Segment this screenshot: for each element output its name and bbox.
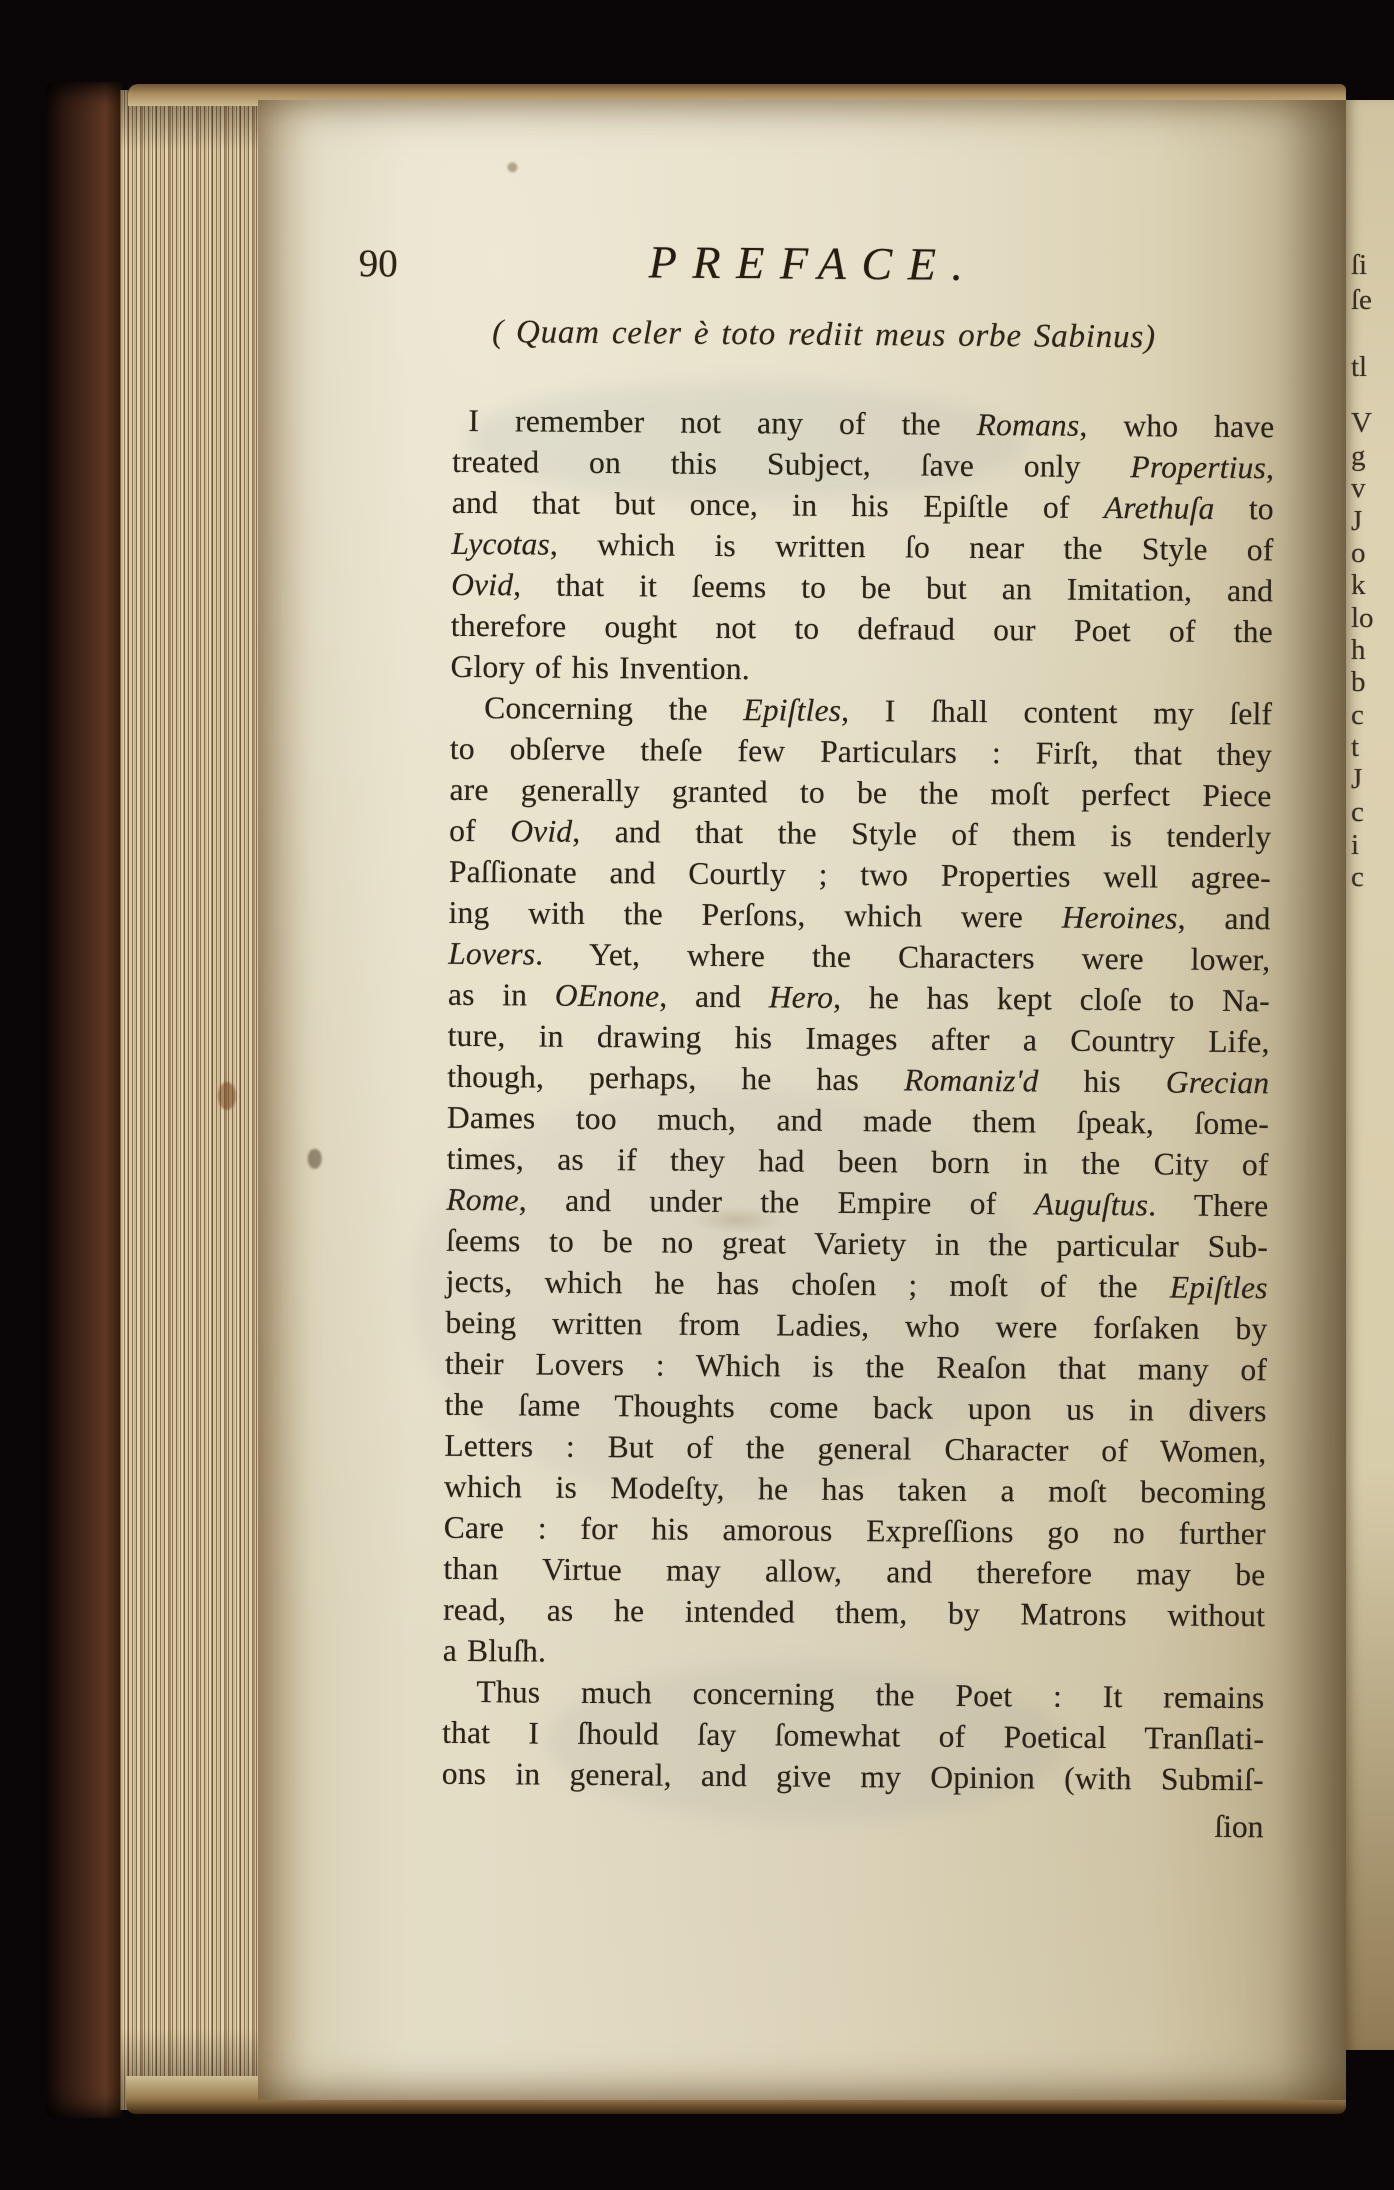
facing-page-text-fragment: ſe [1351, 285, 1372, 315]
book-page: 90 PREFACE. ( Quam celer è toto rediit m… [258, 100, 1346, 2100]
text-line: their Lovers : Which is the Reaſon that … [445, 1343, 1267, 1390]
stain [308, 1149, 322, 1169]
text-line: Lycotas, which is written ſo near the St… [451, 523, 1273, 570]
text-line: being written from Ladies, who were forſ… [445, 1302, 1267, 1349]
facing-page-text-fragment: t [1351, 732, 1359, 762]
facing-page-text-fragment: g [1351, 441, 1366, 471]
facing-page-text-fragment: J [1351, 764, 1362, 794]
facing-page-text-fragment: c [1351, 797, 1364, 827]
facing-page-text-fragment: c [1351, 862, 1364, 892]
text-line: times, as if they had been born in the C… [447, 1138, 1269, 1185]
text-line: Care : for his amorous Expreſſions go no… [444, 1507, 1266, 1554]
text-line: read, as he intended them, by Matrons wi… [443, 1589, 1265, 1636]
facing-page-text-fragment: tl [1351, 352, 1367, 382]
text-line: which is Modeſty, he has taken a moſt be… [444, 1466, 1266, 1513]
text-line: to obſerve theſe few Particulars : Firſt… [450, 728, 1272, 775]
facing-page-text-fragment: V [1351, 408, 1372, 438]
text-line: the ſame Thoughts come back upon us in d… [445, 1384, 1267, 1431]
page-number: 90 [359, 241, 398, 286]
text-line: jects, which he has choſen ; moſt of the… [446, 1261, 1268, 1308]
book-photo: 90 PREFACE. ( Quam celer è toto rediit m… [0, 0, 1394, 2190]
running-title: PREFACE. [649, 235, 979, 291]
text-line: as in OEnone, and Hero, he has kept cloſ… [448, 974, 1270, 1021]
text-line: Thus much concerning the Poet : It remai… [442, 1671, 1264, 1718]
text-line: are generally granted to be the moſt per… [449, 769, 1271, 816]
text-line: and that but once, in his Epiſtle of Are… [452, 482, 1274, 529]
facing-page-text-fragment: c [1351, 700, 1364, 730]
facing-page-text-fragment: o [1351, 538, 1366, 568]
facing-page-text-fragment: lo [1351, 603, 1374, 633]
text-line: that I ſhould ſay ſomewhat of Poetical T… [442, 1712, 1264, 1759]
text-line: of Ovid, and that the Style of them is t… [449, 810, 1271, 857]
facing-page-text-fragment: h [1351, 635, 1366, 665]
text-line: Paſſionate and Courtly ; two Properties … [449, 851, 1271, 898]
text-line: Lovers. Yet, where the Characters were l… [448, 933, 1270, 980]
text-line: Rome, and under the Empire of Auguſtus. … [446, 1179, 1268, 1226]
text-line: Letters : But of the general Character o… [444, 1425, 1266, 1472]
page-edges-fan [120, 90, 262, 2110]
epigraph: ( Quam celer è toto rediit meus orbe Sab… [492, 314, 1156, 356]
body-text: I remember not any of the Romans, who ha… [442, 400, 1275, 1800]
stain [218, 1082, 236, 1110]
text-line: Concerning the Epiſtles, I ſhall content… [450, 687, 1272, 734]
text-line: ture, in drawing his Images after a Coun… [447, 1015, 1269, 1062]
text-line: Dames too much, and made them ſpeak, ſom… [447, 1097, 1269, 1144]
facing-page-text-fragment: b [1351, 667, 1366, 697]
text-line: treated on this Subject, ſave only Prope… [452, 441, 1274, 488]
text-line: Glory of his Invention. [450, 646, 1272, 693]
stain [507, 162, 517, 172]
paragraph: Concerning the Epiſtles, I ſhall content… [443, 687, 1273, 1677]
paragraph: Thus much concerning the Poet : It remai… [442, 1671, 1265, 1800]
text-line: than Virtue may allow, and therefore may… [443, 1548, 1265, 1595]
text-line: I remember not any of the Romans, who ha… [452, 400, 1274, 447]
text-line: ſeems to be no great Variety in the part… [446, 1220, 1268, 1267]
facing-page-text-fragment: v [1351, 473, 1366, 503]
book-spine [46, 82, 122, 2118]
text-line: ing with the Perſons, which were Heroine… [448, 892, 1270, 939]
text-line: a Bluſh. [443, 1630, 1265, 1677]
text-line: ons in general, and give my Opinion (wit… [442, 1753, 1264, 1800]
facing-page-text-fragment: i [1351, 830, 1359, 860]
facing-page-text-fragment: ſi [1351, 250, 1367, 280]
text-line: Ovid, that it ſeems to be but an Imitati… [451, 564, 1273, 611]
text-line: therefore ought not to defraud our Poet … [451, 605, 1273, 652]
page-surface: 90 PREFACE. ( Quam celer è toto rediit m… [242, 98, 1346, 2106]
facing-page-sliver: ſiſetlVgvJoklohbctJcic [1346, 100, 1394, 2050]
catchword: ſion [1214, 1809, 1263, 1844]
catchword-row: ſion [441, 1800, 1263, 1847]
facing-page-text-fragment: J [1351, 506, 1362, 536]
paragraph: I remember not any of the Romans, who ha… [450, 400, 1274, 693]
text-line: though, perhaps, he has Romaniz'd his Gr… [447, 1056, 1269, 1103]
facing-page-text-fragment: k [1351, 570, 1366, 600]
